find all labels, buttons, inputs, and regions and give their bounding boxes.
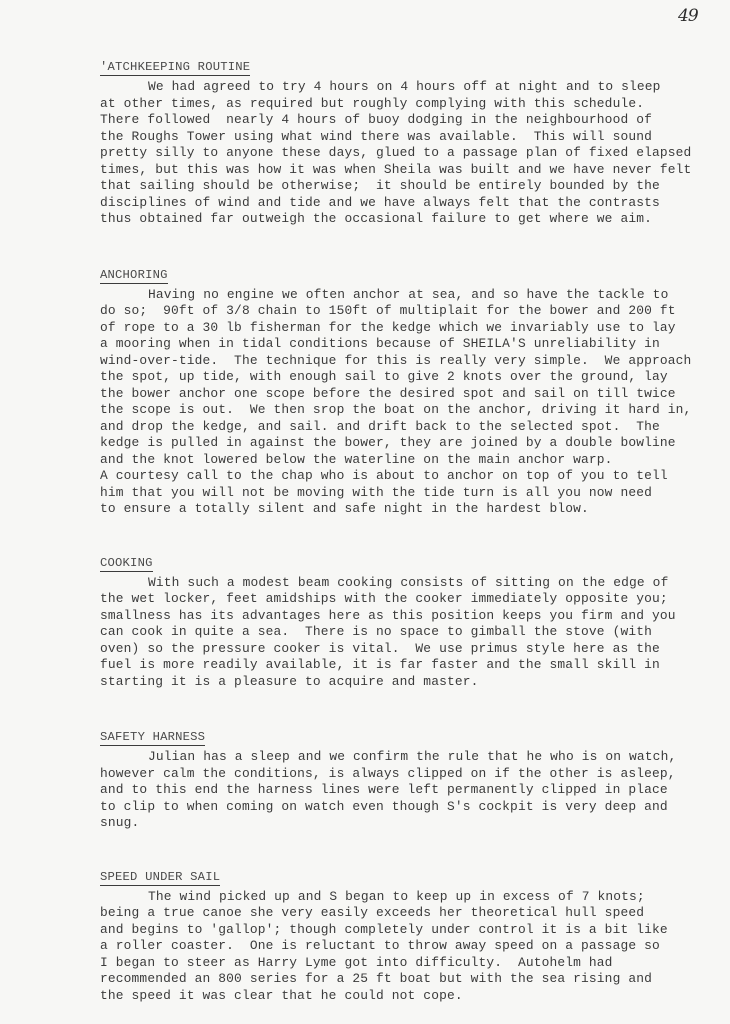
text-line: Julian has a sleep and we confirm the ru… xyxy=(100,749,720,766)
paragraph: Julian has a sleep and we confirm the ru… xyxy=(100,749,720,832)
section-heading: SPEED UNDER SAIL xyxy=(100,871,220,886)
text-line: With such a modest beam cooking consists… xyxy=(100,575,720,592)
text-line: a mooring when in tidal conditions becau… xyxy=(100,336,720,353)
text-line: kedge is pulled in against the bower, th… xyxy=(100,435,720,452)
text-line: a roller coaster. One is reluctant to th… xyxy=(100,938,720,955)
text-line: the wet locker, feet amidships with the … xyxy=(100,591,720,608)
text-line: There followed nearly 4 hours of buoy do… xyxy=(100,112,720,129)
text-line: to ensure a totally silent and safe nigh… xyxy=(100,501,720,518)
text-line: however calm the conditions, is always c… xyxy=(100,766,720,783)
text-line: can cook in quite a sea. There is no spa… xyxy=(100,624,720,641)
section-speed-under-sail: SPEED UNDER SAIL The wind picked up and … xyxy=(100,867,720,1005)
text-line: to clip to when coming on watch even tho… xyxy=(100,799,720,816)
text-line: that sailing should be otherwise; it sho… xyxy=(100,178,720,195)
text-line: thus obtained far outweigh the occasiona… xyxy=(100,211,720,228)
document-body: 'ATCHKEEPING ROUTINE We had agreed to tr… xyxy=(100,57,720,1004)
text-line: being a true canoe she very easily excee… xyxy=(100,905,720,922)
paragraph: The wind picked up and S began to keep u… xyxy=(100,889,720,1005)
text-line: the Roughs Tower using what wind there w… xyxy=(100,129,720,146)
section-heading: ANCHORING xyxy=(100,269,168,284)
text-line: I began to steer as Harry Lyme got into … xyxy=(100,955,720,972)
section-heading: SAFETY HARNESS xyxy=(100,731,205,746)
section-heading: COOKING xyxy=(100,557,153,572)
text-line: the scope is out. We then srop the boat … xyxy=(100,402,720,419)
text-line: snug. xyxy=(100,815,720,832)
text-line: at other times, as required but roughly … xyxy=(100,96,720,113)
text-line: starting it is a pleasure to acquire and… xyxy=(100,674,720,691)
section-safety-harness: SAFETY HARNESS Julian has a sleep and we… xyxy=(100,727,720,832)
text-line: wind-over-tide. The technique for this i… xyxy=(100,353,720,370)
text-line: A courtesy call to the chap who is about… xyxy=(100,468,720,485)
text-line: him that you will not be moving with the… xyxy=(100,485,720,502)
text-line: recommended an 800 series for a 25 ft bo… xyxy=(100,971,720,988)
text-line: The wind picked up and S began to keep u… xyxy=(100,889,720,906)
text-line: of rope to a 30 lb fisherman for the ked… xyxy=(100,320,720,337)
text-line: fuel is more readily available, it is fa… xyxy=(100,657,720,674)
text-line: do so; 90ft of 3/8 chain to 150ft of mul… xyxy=(100,303,720,320)
text-line: and begins to 'gallop'; though completel… xyxy=(100,922,720,939)
section-anchoring: ANCHORING Having no engine we often anch… xyxy=(100,265,720,518)
page-number: 49 xyxy=(678,6,698,26)
text-line: smallness has its advantages here as thi… xyxy=(100,608,720,625)
section-heading: 'ATCHKEEPING ROUTINE xyxy=(100,61,250,76)
text-line: pretty silly to anyone these days, glued… xyxy=(100,145,720,162)
text-line: times, but this was how it was when Shei… xyxy=(100,162,720,179)
text-line: oven) so the pressure cooker is vital. W… xyxy=(100,641,720,658)
paragraph: With such a modest beam cooking consists… xyxy=(100,575,720,691)
text-line: and the knot lowered below the waterline… xyxy=(100,452,720,469)
paragraph: Having no engine we often anchor at sea,… xyxy=(100,287,720,518)
text-line: disciplines of wind and tide and we have… xyxy=(100,195,720,212)
paragraph: We had agreed to try 4 hours on 4 hours … xyxy=(100,79,720,228)
section-watchkeeping-routine: 'ATCHKEEPING ROUTINE We had agreed to tr… xyxy=(100,57,720,228)
text-line: We had agreed to try 4 hours on 4 hours … xyxy=(100,79,720,96)
text-line: the bower anchor one scope before the de… xyxy=(100,386,720,403)
section-cooking: COOKING With such a modest beam cooking … xyxy=(100,553,720,691)
text-line: the spot, up tide, with enough sail to g… xyxy=(100,369,720,386)
text-line: Having no engine we often anchor at sea,… xyxy=(100,287,720,304)
text-line: and drop the kedge, and sail. and drift … xyxy=(100,419,720,436)
text-line: and to this end the harness lines were l… xyxy=(100,782,720,799)
text-line: the speed it was clear that he could not… xyxy=(100,988,720,1005)
